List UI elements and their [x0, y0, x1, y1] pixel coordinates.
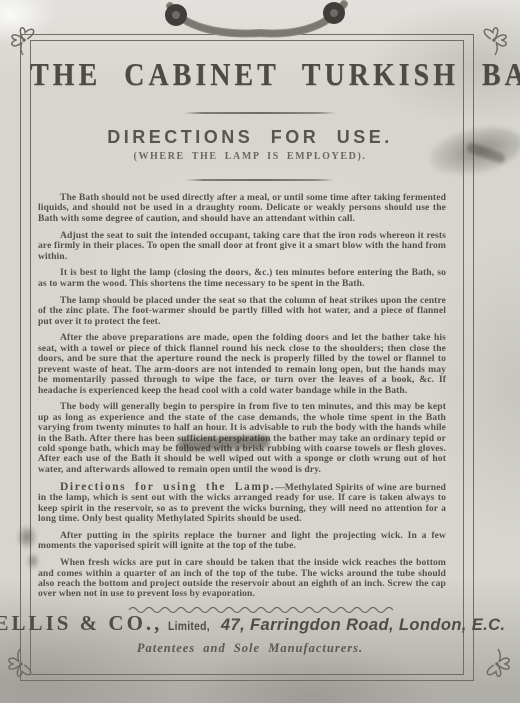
paragraph: After the above preparations are made, o…	[38, 333, 446, 395]
company-line: ELLIS & CO., Limited, 47, Farringdon Roa…	[30, 611, 470, 636]
lamp-heading: Directions for using the Lamp.	[60, 481, 275, 493]
wavy-divider	[127, 600, 393, 608]
paragraph: After putting in the spirits replace the…	[38, 531, 446, 552]
company-name: ELLIS & CO.,	[0, 611, 162, 636]
page-title: THE CABINET TURKISH BATH.	[30, 58, 470, 94]
company-limited: Limited,	[168, 621, 210, 633]
hanging-cord-icon	[148, 0, 372, 42]
paragraph: Adjust the seat to suit the intended occ…	[38, 231, 446, 262]
corner-bow-icon	[6, 22, 40, 56]
paragraph: The Bath should not be used directly aft…	[38, 193, 446, 224]
section-subheading: (WHERE THE LAMP IS EMPLOYED).	[30, 151, 470, 162]
lamp-paragraph: Directions for using the Lamp.—Methylate…	[38, 482, 446, 525]
corner-bow-icon	[478, 22, 512, 56]
divider-rule	[186, 179, 334, 181]
corner-bow-icon	[481, 648, 515, 682]
paragraph: The body will generally begin to perspir…	[38, 402, 446, 475]
directions-text: The Bath should not be used directly aft…	[38, 193, 446, 606]
company-tagline: Patentees and Sole Manufacturers.	[30, 641, 470, 656]
paragraph: The lamp should be placed under the seat…	[38, 296, 446, 327]
section-heading: DIRECTIONS FOR USE.	[30, 127, 470, 148]
company-address: 47, Farringdon Road, London, E.C.	[221, 616, 506, 635]
divider-rule	[184, 112, 336, 114]
paragraph: It is best to light the lamp (closing th…	[38, 268, 446, 289]
card-photo-background: THE CABINET TURKISH BATH. DIRECTIONS FOR…	[0, 0, 520, 703]
paragraph: When fresh wicks are put in care should …	[38, 558, 446, 600]
